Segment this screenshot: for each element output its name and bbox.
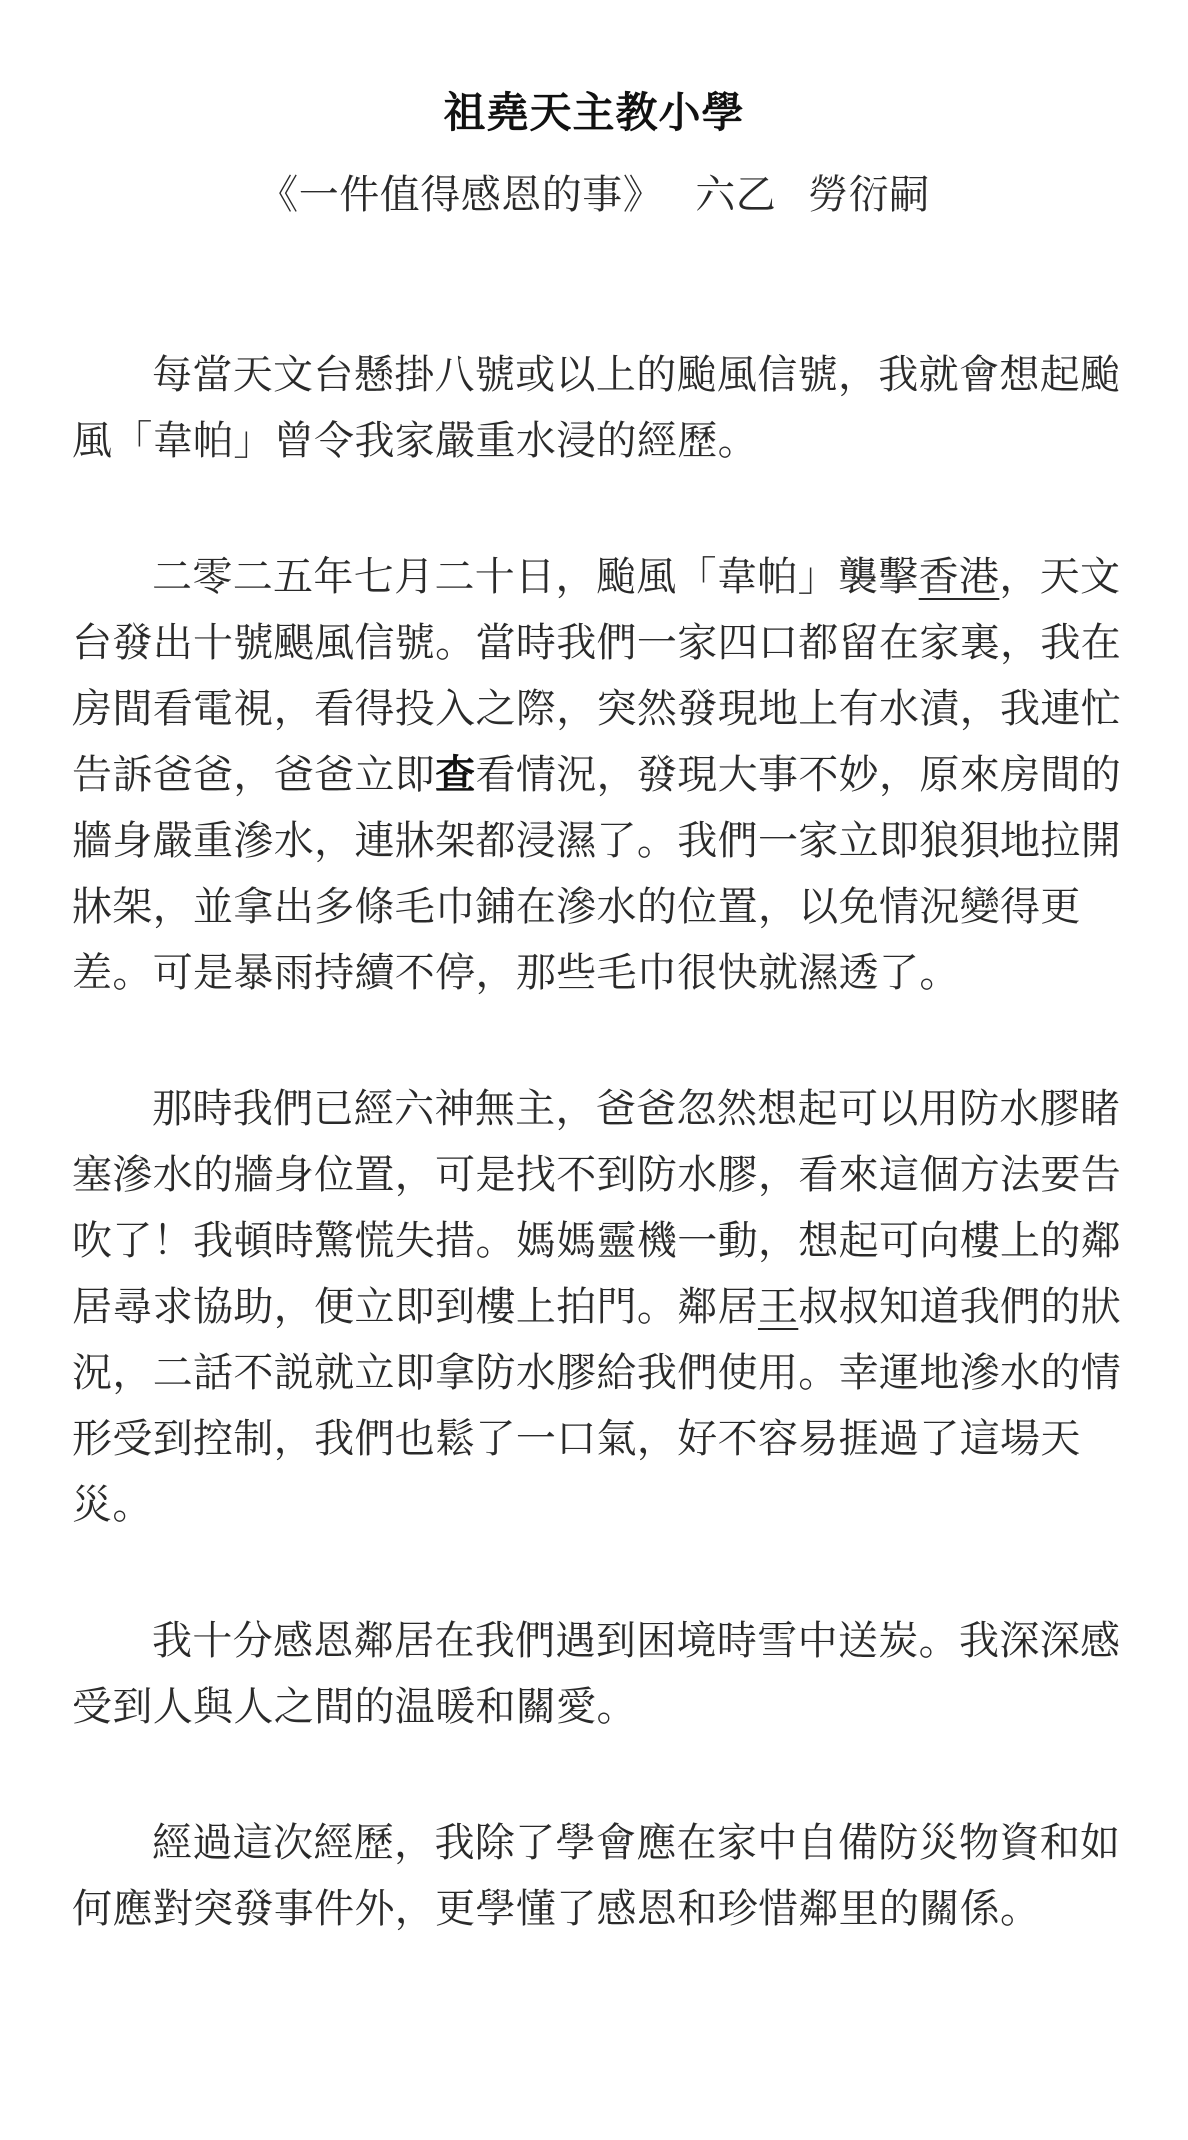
essay-title: 《一件值得感恩的事》 xyxy=(258,173,663,217)
text-run: 二零二五年七月二十日，颱風「韋帕」襲擊 xyxy=(152,555,919,599)
essay-title-line: 《一件值得感恩的事》六乙勞衍嗣 xyxy=(0,171,1188,219)
document-page: 祖堯天主教小學 《一件值得感恩的事》六乙勞衍嗣 每當天文台懸掛八號或以上的颱風信… xyxy=(0,0,1188,2140)
essay-paragraph: 那時我們已經六神無主，爸爸忽然想起可以用防水膠睹塞滲水的牆身位置，可是找不到防水… xyxy=(72,1076,1126,1538)
underlined-text: 王 xyxy=(758,1285,798,1329)
text-run: 我十分感恩鄰居在我們遇到困境時雪中送炭。我深深感受到人與人之間的温暖和關愛。 xyxy=(72,1619,1120,1729)
author-name: 勞衍嗣 xyxy=(808,173,930,217)
class-label: 六乙 xyxy=(695,173,776,217)
essay-paragraph: 每當天文台懸掛八號或以上的颱風信號，我就會想起颱風「韋帕」曾令我家嚴重水浸的經歷… xyxy=(72,342,1126,474)
bold-text: 查 xyxy=(435,753,475,797)
underlined-text: 香港 xyxy=(919,555,1000,599)
essay-body: 每當天文台懸掛八號或以上的颱風信號，我就會想起颱風「韋帕」曾令我家嚴重水浸的經歷… xyxy=(0,342,1126,1942)
essay-paragraph: 二零二五年七月二十日，颱風「韋帕」襲擊香港，天文台發出十號颶風信號。當時我們一家… xyxy=(72,544,1126,1006)
text-run: 每當天文台懸掛八號或以上的颱風信號，我就會想起颱風「韋帕」曾令我家嚴重水浸的經歷… xyxy=(72,353,1120,463)
school-name-heading: 祖堯天主教小學 xyxy=(0,87,1188,139)
essay-paragraph: 我十分感恩鄰居在我們遇到困境時雪中送炭。我深深感受到人與人之間的温暖和關愛。 xyxy=(72,1608,1126,1740)
text-run: 經過這次經歷，我除了學會應在家中自備防災物資和如何應對突發事件外，更學懂了感恩和… xyxy=(72,1821,1120,1931)
essay-paragraph: 經過這次經歷，我除了學會應在家中自備防災物資和如何應對突發事件外，更學懂了感恩和… xyxy=(72,1810,1126,1942)
